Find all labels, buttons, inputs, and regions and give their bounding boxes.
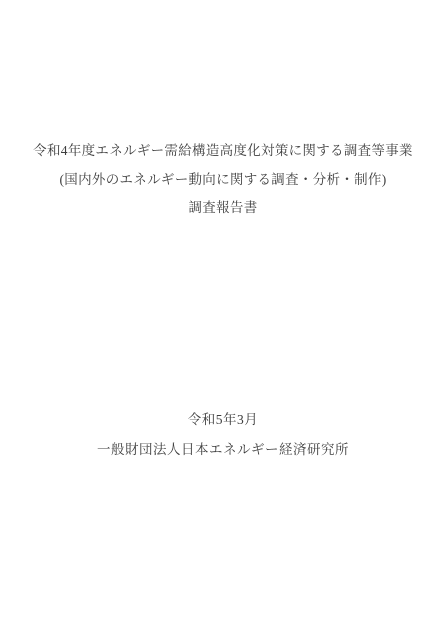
- publication-date: 令和5年3月: [0, 405, 446, 435]
- report-type-label: 調査報告書: [0, 194, 446, 223]
- cover-footer-block: 令和5年3月 一般財団法人日本エネルギー経済研究所: [0, 405, 446, 465]
- report-title-block: 令和4年度エネルギー需給構造高度化対策に関する調査等事業 (国内外のエネルギー動…: [0, 137, 446, 223]
- document-page: 令和4年度エネルギー需給構造高度化対策に関する調査等事業 (国内外のエネルギー動…: [0, 0, 446, 630]
- report-subtitle-line: (国内外のエネルギー動向に関する調査・分析・制作): [0, 166, 446, 195]
- publisher-name: 一般財団法人日本エネルギー経済研究所: [0, 435, 446, 465]
- report-title-line1: 令和4年度エネルギー需給構造高度化対策に関する調査等事業: [0, 137, 446, 166]
